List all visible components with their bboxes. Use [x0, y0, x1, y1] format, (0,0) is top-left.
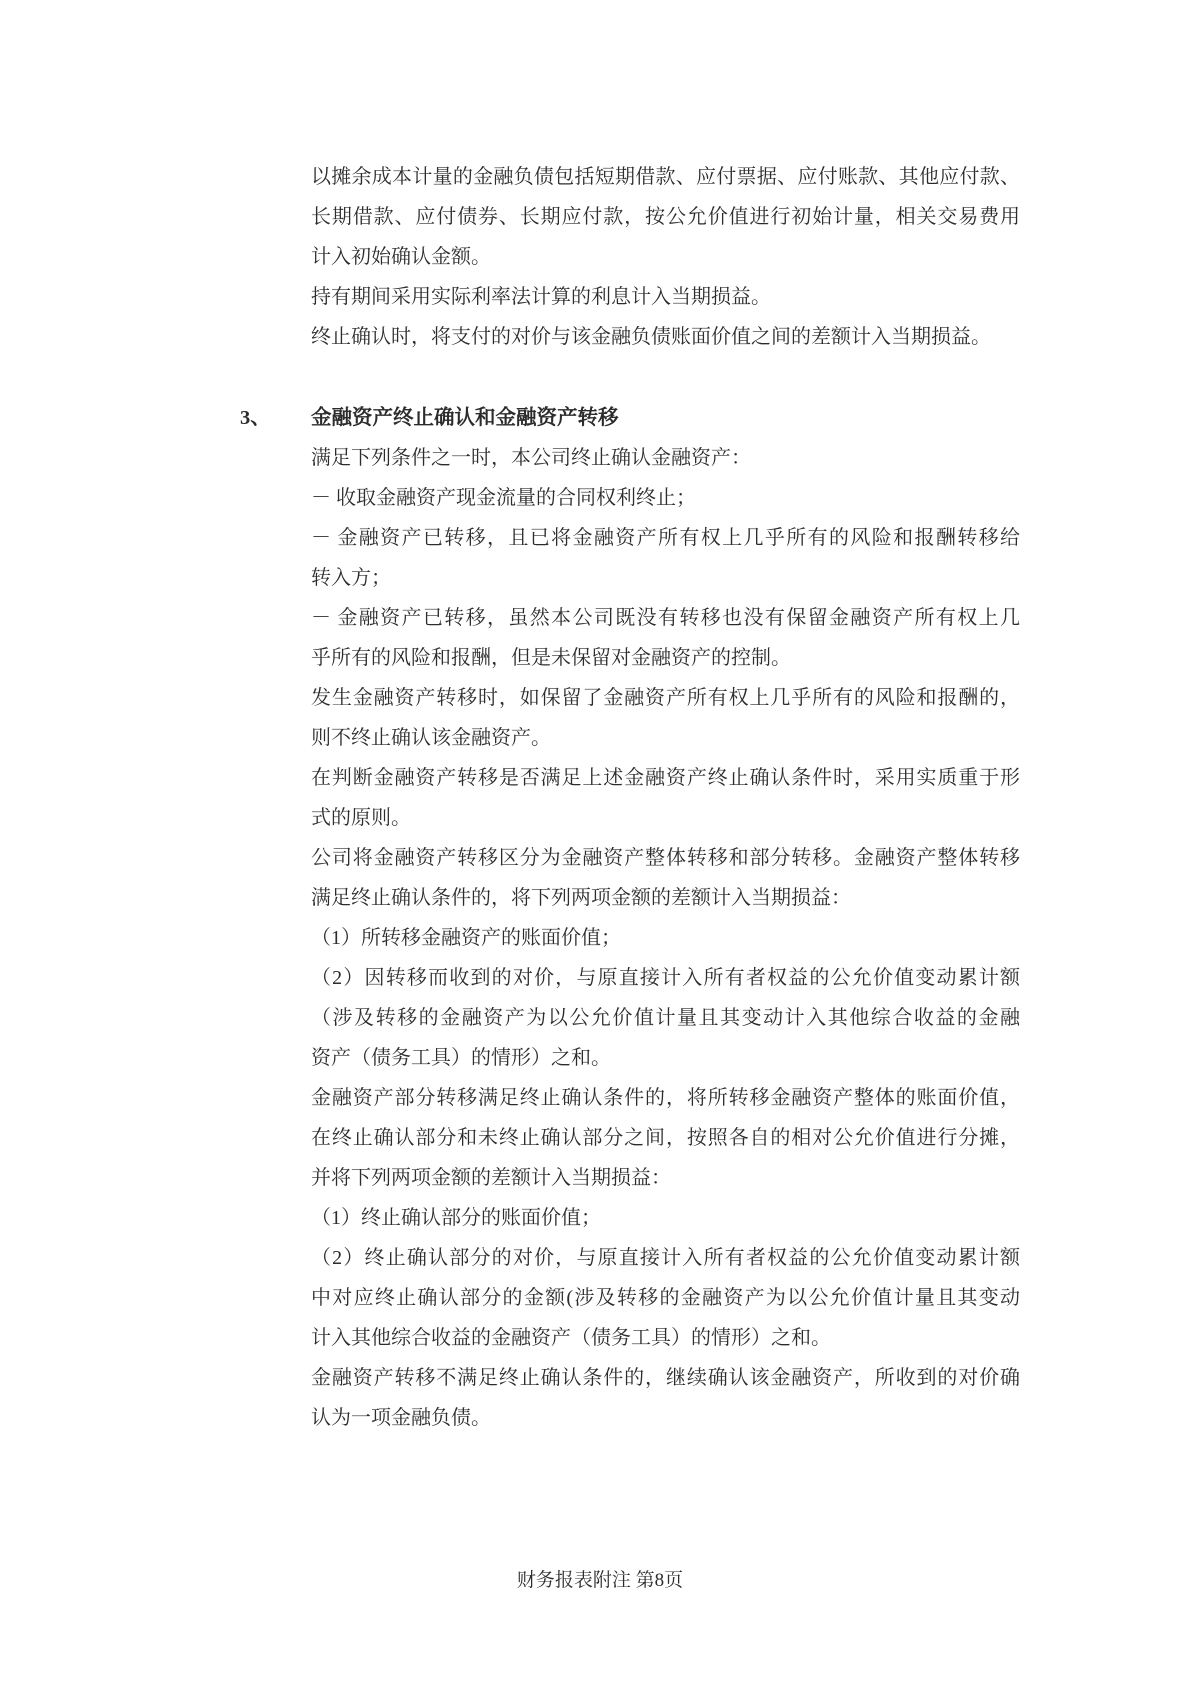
body-line: 计入其他综合收益的金融资产（债务工具）的情形）之和。: [311, 1318, 1020, 1358]
body-line: （1）终止确认部分的账面价值；: [311, 1198, 1020, 1238]
body-line: 在终止确认部分和未终止确认部分之间，按照各自的相对公允价值进行分摊，: [311, 1118, 1020, 1158]
section-number: 3、: [240, 398, 271, 438]
body-line: 资产（债务工具）的情形）之和。: [311, 1038, 1020, 1078]
body-line: 并将下列两项金额的差额计入当期损益：: [311, 1158, 1020, 1198]
body-line: 金融资产转移不满足终止确认条件的，继续确认该金融资产，所收到的对价确: [311, 1358, 1020, 1398]
body-line: 在判断金融资产转移是否满足上述金融资产终止确认条件时，采用实质重于形: [311, 758, 1020, 798]
body-line: 满足下列条件之一时，本公司终止确认金融资产：: [311, 438, 1020, 478]
section-title: 金融资产终止确认和金融资产转移: [311, 407, 619, 429]
page-footer: 财务报表附注 第8页: [0, 1568, 1200, 1594]
body-line: 公司将金融资产转移区分为金融资产整体转移和部分转移。金融资产整体转移: [311, 838, 1020, 878]
body-line: 计入初始确认金额。: [311, 237, 1020, 277]
body-line: 则不终止确认该金融资产。: [311, 718, 1020, 758]
body-line: 中对应终止确认部分的金额(涉及转移的金融资产为以公允价值计量且其变动: [311, 1278, 1020, 1318]
page-content: 以摊余成本计量的金融负债包括短期借款、应付票据、应付账款、其他应付款、 长期借款…: [311, 157, 1020, 1438]
body-line: － 收取金融资产现金流量的合同权利终止；: [311, 478, 1020, 518]
body-line: 持有期间采用实际利率法计算的利息计入当期损益。: [311, 277, 1020, 317]
body-line: 长期借款、应付债券、长期应付款，按公允价值进行初始计量，相关交易费用: [311, 197, 1020, 237]
body-line: （1）所转移金融资产的账面价值；: [311, 918, 1020, 958]
body-line: 乎所有的风险和报酬，但是未保留对金融资产的控制。: [311, 638, 1020, 678]
section-3-heading: 3、 金融资产终止确认和金融资产转移: [311, 398, 1020, 438]
body-line: （涉及转移的金融资产为以公允价值计量且其变动计入其他综合收益的金融: [311, 998, 1020, 1038]
document-page: 以摊余成本计量的金融负债包括短期借款、应付票据、应付账款、其他应付款、 长期借款…: [0, 0, 1200, 1696]
body-line: 认为一项金融负债。: [311, 1398, 1020, 1438]
body-line: 转入方；: [311, 558, 1020, 598]
body-line: 发生金融资产转移时，如保留了金融资产所有权上几乎所有的风险和报酬的，: [311, 678, 1020, 718]
body-line: 以摊余成本计量的金融负债包括短期借款、应付票据、应付账款、其他应付款、: [311, 157, 1020, 197]
body-line: 式的原则。: [311, 798, 1020, 838]
body-line: 满足终止确认条件的，将下列两项金额的差额计入当期损益：: [311, 878, 1020, 918]
body-line: （2）终止确认部分的对价，与原直接计入所有者权益的公允价值变动累计额: [311, 1238, 1020, 1278]
body-line: － 金融资产已转移，且已将金融资产所有权上几乎所有的风险和报酬转移给: [311, 518, 1020, 558]
body-line: 终止确认时，将支付的对价与该金融负债账面价值之间的差额计入当期损益。: [311, 317, 1020, 357]
footer-page-label: 财务报表附注 第8页: [517, 1570, 683, 1591]
body-line: （2）因转移而收到的对价，与原直接计入所有者权益的公允价值变动累计额: [311, 958, 1020, 998]
body-line: 金融资产部分转移满足终止确认条件的，将所转移金融资产整体的账面价值，: [311, 1078, 1020, 1118]
body-line: － 金融资产已转移，虽然本公司既没有转移也没有保留金融资产所有权上几: [311, 598, 1020, 638]
